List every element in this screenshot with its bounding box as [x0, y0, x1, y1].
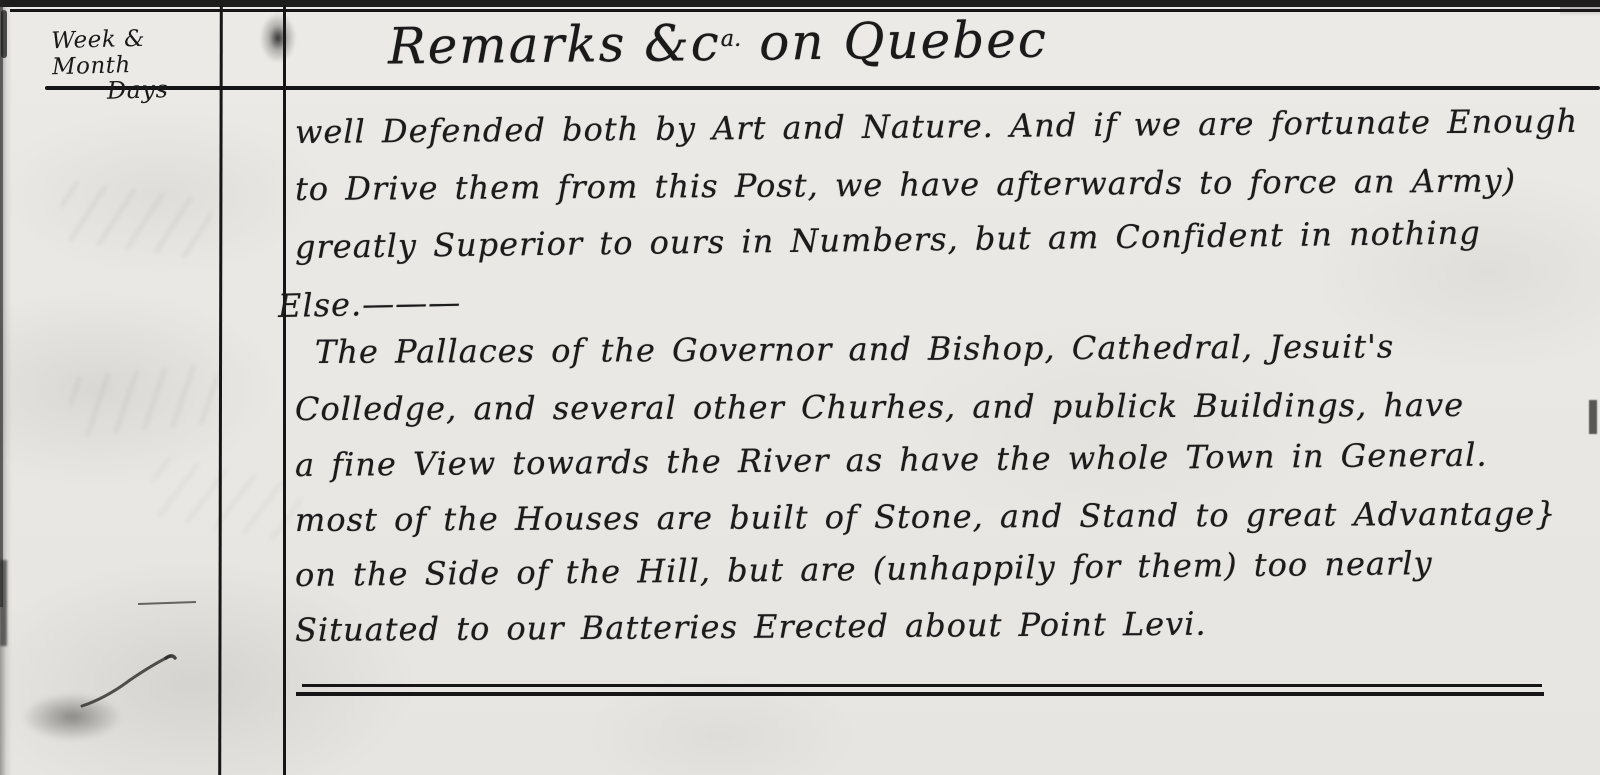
manuscript-page: Week & Month Days Remarks &ca. on Quebec…: [0, 0, 1600, 775]
column-divider-right: [283, 6, 286, 775]
manuscript-line: Colledge, and several other Churhes, and…: [295, 386, 1464, 428]
manuscript-line: The Pallaces of the Governor and Bishop,…: [315, 327, 1394, 371]
manuscript-line: most of the Houses are built of Stone, a…: [295, 494, 1557, 539]
scan-edge-mark: [1560, 0, 1600, 16]
page-title-text: Remarks &c: [388, 14, 721, 75]
scan-edge-mark: [1, 10, 7, 58]
scan-edge-mark: [0, 560, 7, 646]
scan-edge-left: [0, 0, 12, 775]
page-bottom-edge: [0, 0, 1600, 7]
page-title-superscript: a.: [721, 26, 742, 52]
pencil-mark: [138, 601, 196, 605]
bleed-through-mark: [145, 455, 304, 545]
manuscript-line: on the Side of the Hill, but are (unhapp…: [295, 544, 1433, 594]
ink-blot: [260, 13, 296, 63]
header-underline-rule: [45, 86, 1600, 90]
manuscript-line: a fine View towards the River as have th…: [295, 436, 1488, 484]
manuscript-line: well Defended both by Art and Nature. An…: [295, 102, 1578, 151]
scan-edge-mark: [1589, 400, 1597, 434]
page-title: Remarks &ca. on Quebec: [388, 11, 1048, 76]
bleed-through-mark: [57, 180, 214, 260]
manuscript-line: to Drive them from this Post, we have af…: [295, 161, 1516, 208]
manuscript-line: Situated to our Batteries Erected about …: [295, 605, 1207, 649]
manuscript-line: Else.———: [278, 283, 462, 325]
page-title-text: on Quebec: [741, 11, 1048, 72]
bleed-through-mark: [67, 362, 222, 437]
smudge-mark: [22, 693, 122, 741]
entry-closing-rule: [296, 692, 1544, 696]
manuscript-line: greatly Superior to ours in Numbers, but…: [295, 214, 1481, 266]
column-divider-left: [218, 6, 223, 775]
date-column-header-line1: Week & Month: [51, 26, 145, 80]
date-column-header: Week & Month Days: [51, 24, 223, 106]
top-border-rule: [10, 9, 1600, 12]
entry-closing-rule: [302, 684, 1542, 687]
